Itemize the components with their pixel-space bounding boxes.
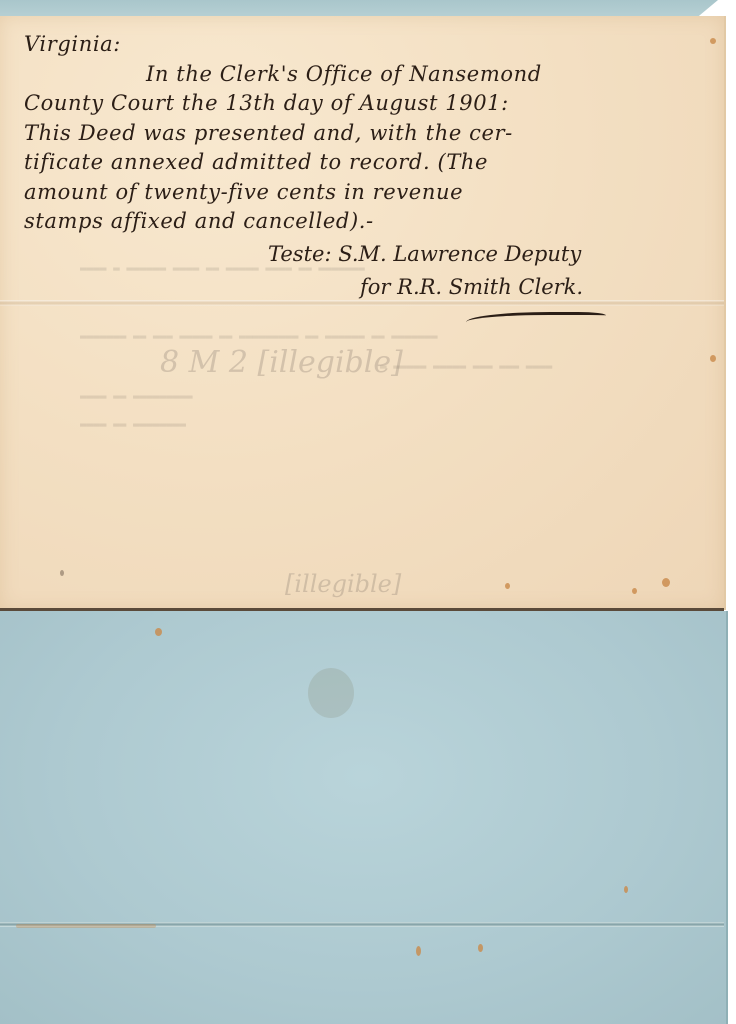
foxing-stain xyxy=(710,38,716,44)
fold-crease xyxy=(0,300,724,306)
signature-flourish xyxy=(466,312,606,329)
clerk-signature: for R.R. Smith Clerk. xyxy=(360,275,583,299)
foxing-stain xyxy=(624,886,628,893)
certificate-line: County Court the 13th day of August 1901… xyxy=(24,89,694,119)
bleed-through-text: ▬▬▬▬ ▬▬ ▬▬▬▬▬▬▬▬▬ xyxy=(80,390,193,403)
lower-faint-script: [illegible] xyxy=(285,570,401,598)
foxing-stain xyxy=(662,578,670,587)
document-lower-sheet xyxy=(0,611,728,1024)
handwritten-certificate: Virginia: In the Clerk's Office of Nanse… xyxy=(24,30,694,237)
bleed-through-text: ▬▬▬▬ ▬▬ ▬▬▬▬▬▬▬▬ xyxy=(80,418,186,431)
teste-signature: Teste: S.M. Lawrence Deputy xyxy=(268,242,581,266)
certificate-line: amount of twenty-five cents in revenue xyxy=(24,178,694,208)
foxing-stain xyxy=(505,583,510,589)
foxing-stain xyxy=(478,944,483,952)
water-spot xyxy=(308,668,354,718)
foxing-stain xyxy=(155,628,162,636)
foxing-stain xyxy=(416,946,421,956)
bleed-through-script: 8 M 2 [illegible] xyxy=(160,345,403,380)
foxing-stain xyxy=(632,588,637,594)
certificate-line: In the Clerk's Office of Nansemond xyxy=(24,60,694,90)
certificate-line: tificate annexed admitted to record. (Th… xyxy=(24,148,694,178)
bleed-through-text: ▬ ▬▬▬▬▬ ▬▬▬▬▬ ▬▬▬ ▬▬▬ ▬▬▬▬ xyxy=(380,360,552,373)
foxing-stain xyxy=(710,355,716,362)
heading-virginia: Virginia: xyxy=(24,30,694,60)
certificate-line: This Deed was presented and, with the ce… xyxy=(24,119,694,149)
bleed-through-text: ▬▬▬▬▬▬▬ ▬▬ ▬▬▬ ▬▬▬▬▬ ▬▬ ▬▬▬▬▬▬▬▬▬ ▬▬ ▬▬▬… xyxy=(80,330,438,343)
foxing-stain xyxy=(60,570,64,576)
foxing-stain xyxy=(16,924,156,928)
certificate-line: stamps affixed and cancelled).- xyxy=(24,207,694,237)
